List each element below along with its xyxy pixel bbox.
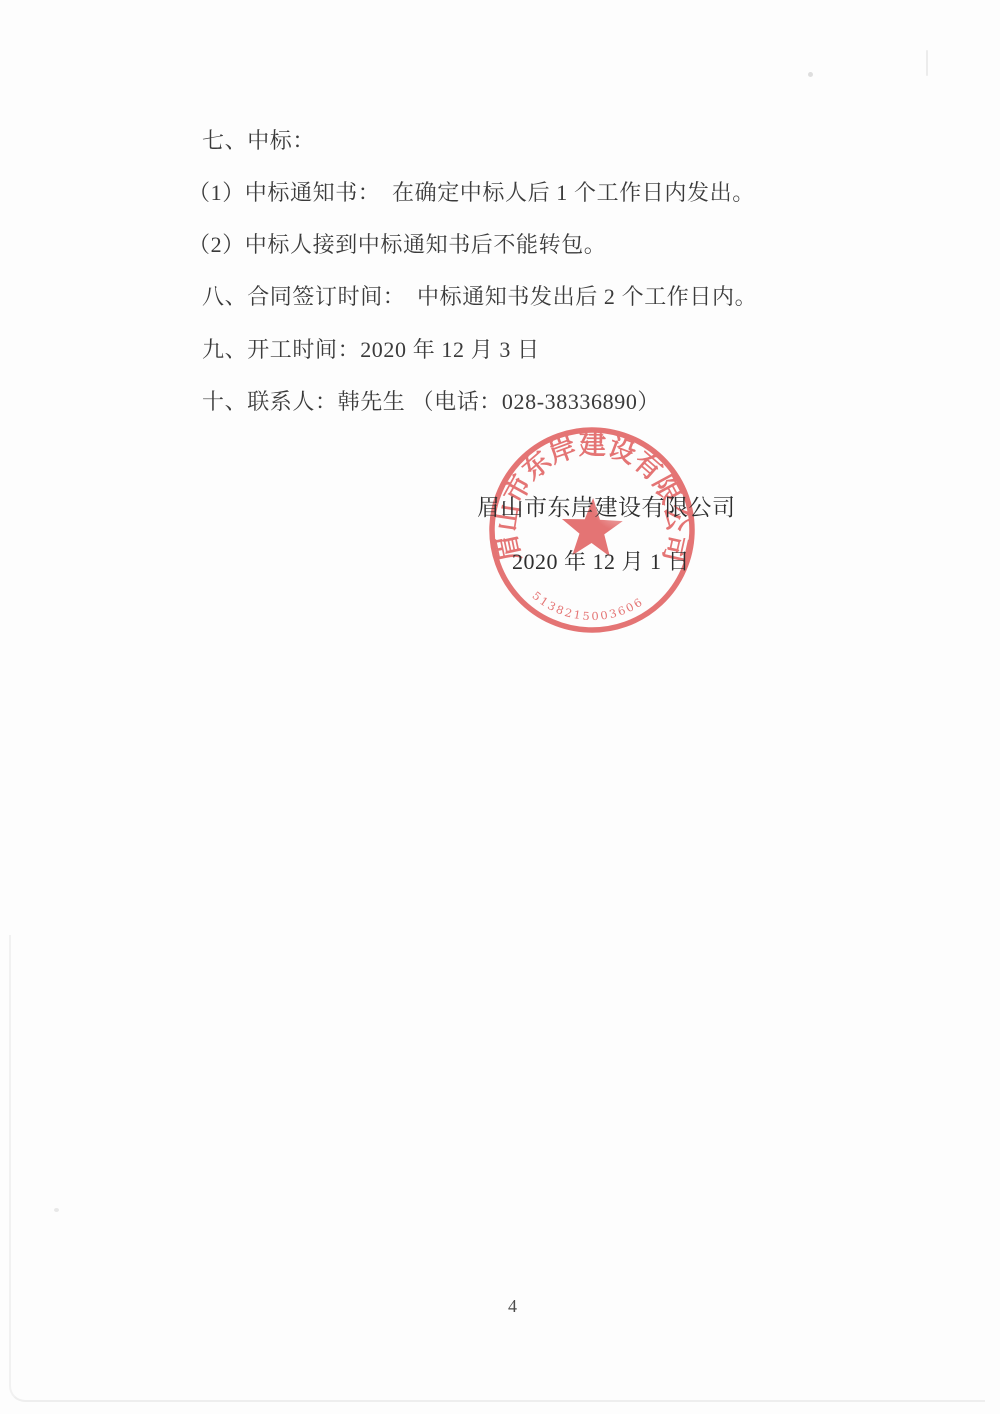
doc-line-no-subcontract: （2）中标人接到中标通知书后不能转包。 xyxy=(188,232,606,258)
page-number: 4 xyxy=(508,1296,517,1317)
doc-line-start-date: 九、开工时间：2020 年 12 月 3 日 xyxy=(202,337,540,363)
document-page: 七、中标： （1）中标通知书： 在确定中标人后 1 个工作日内发出。 （2）中标… xyxy=(0,0,1000,1414)
scanned-page-edge xyxy=(9,935,985,1402)
doc-line-award-notice: （1）中标通知书： 在确定中标人后 1 个工作日内发出。 xyxy=(188,180,755,206)
doc-line-contact: 十、联系人：韩先生 （电话：028-38336890） xyxy=(202,389,660,415)
doc-line-award-heading: 七、中标： xyxy=(202,128,315,154)
scan-speck xyxy=(926,50,928,76)
signature-date: 2020 年 12 月 1 日 xyxy=(512,545,690,576)
scan-speck xyxy=(54,1208,59,1212)
doc-line-contract-signing-time: 八、合同签订时间： 中标通知书发出后 2 个工作日内。 xyxy=(202,284,757,310)
company-seal: 眉山市东岸建设有限公司 5138215003606 xyxy=(478,416,706,644)
signature-company-name: 眉山市东岸建设有限公司 xyxy=(477,489,736,522)
scan-speck xyxy=(808,72,813,77)
